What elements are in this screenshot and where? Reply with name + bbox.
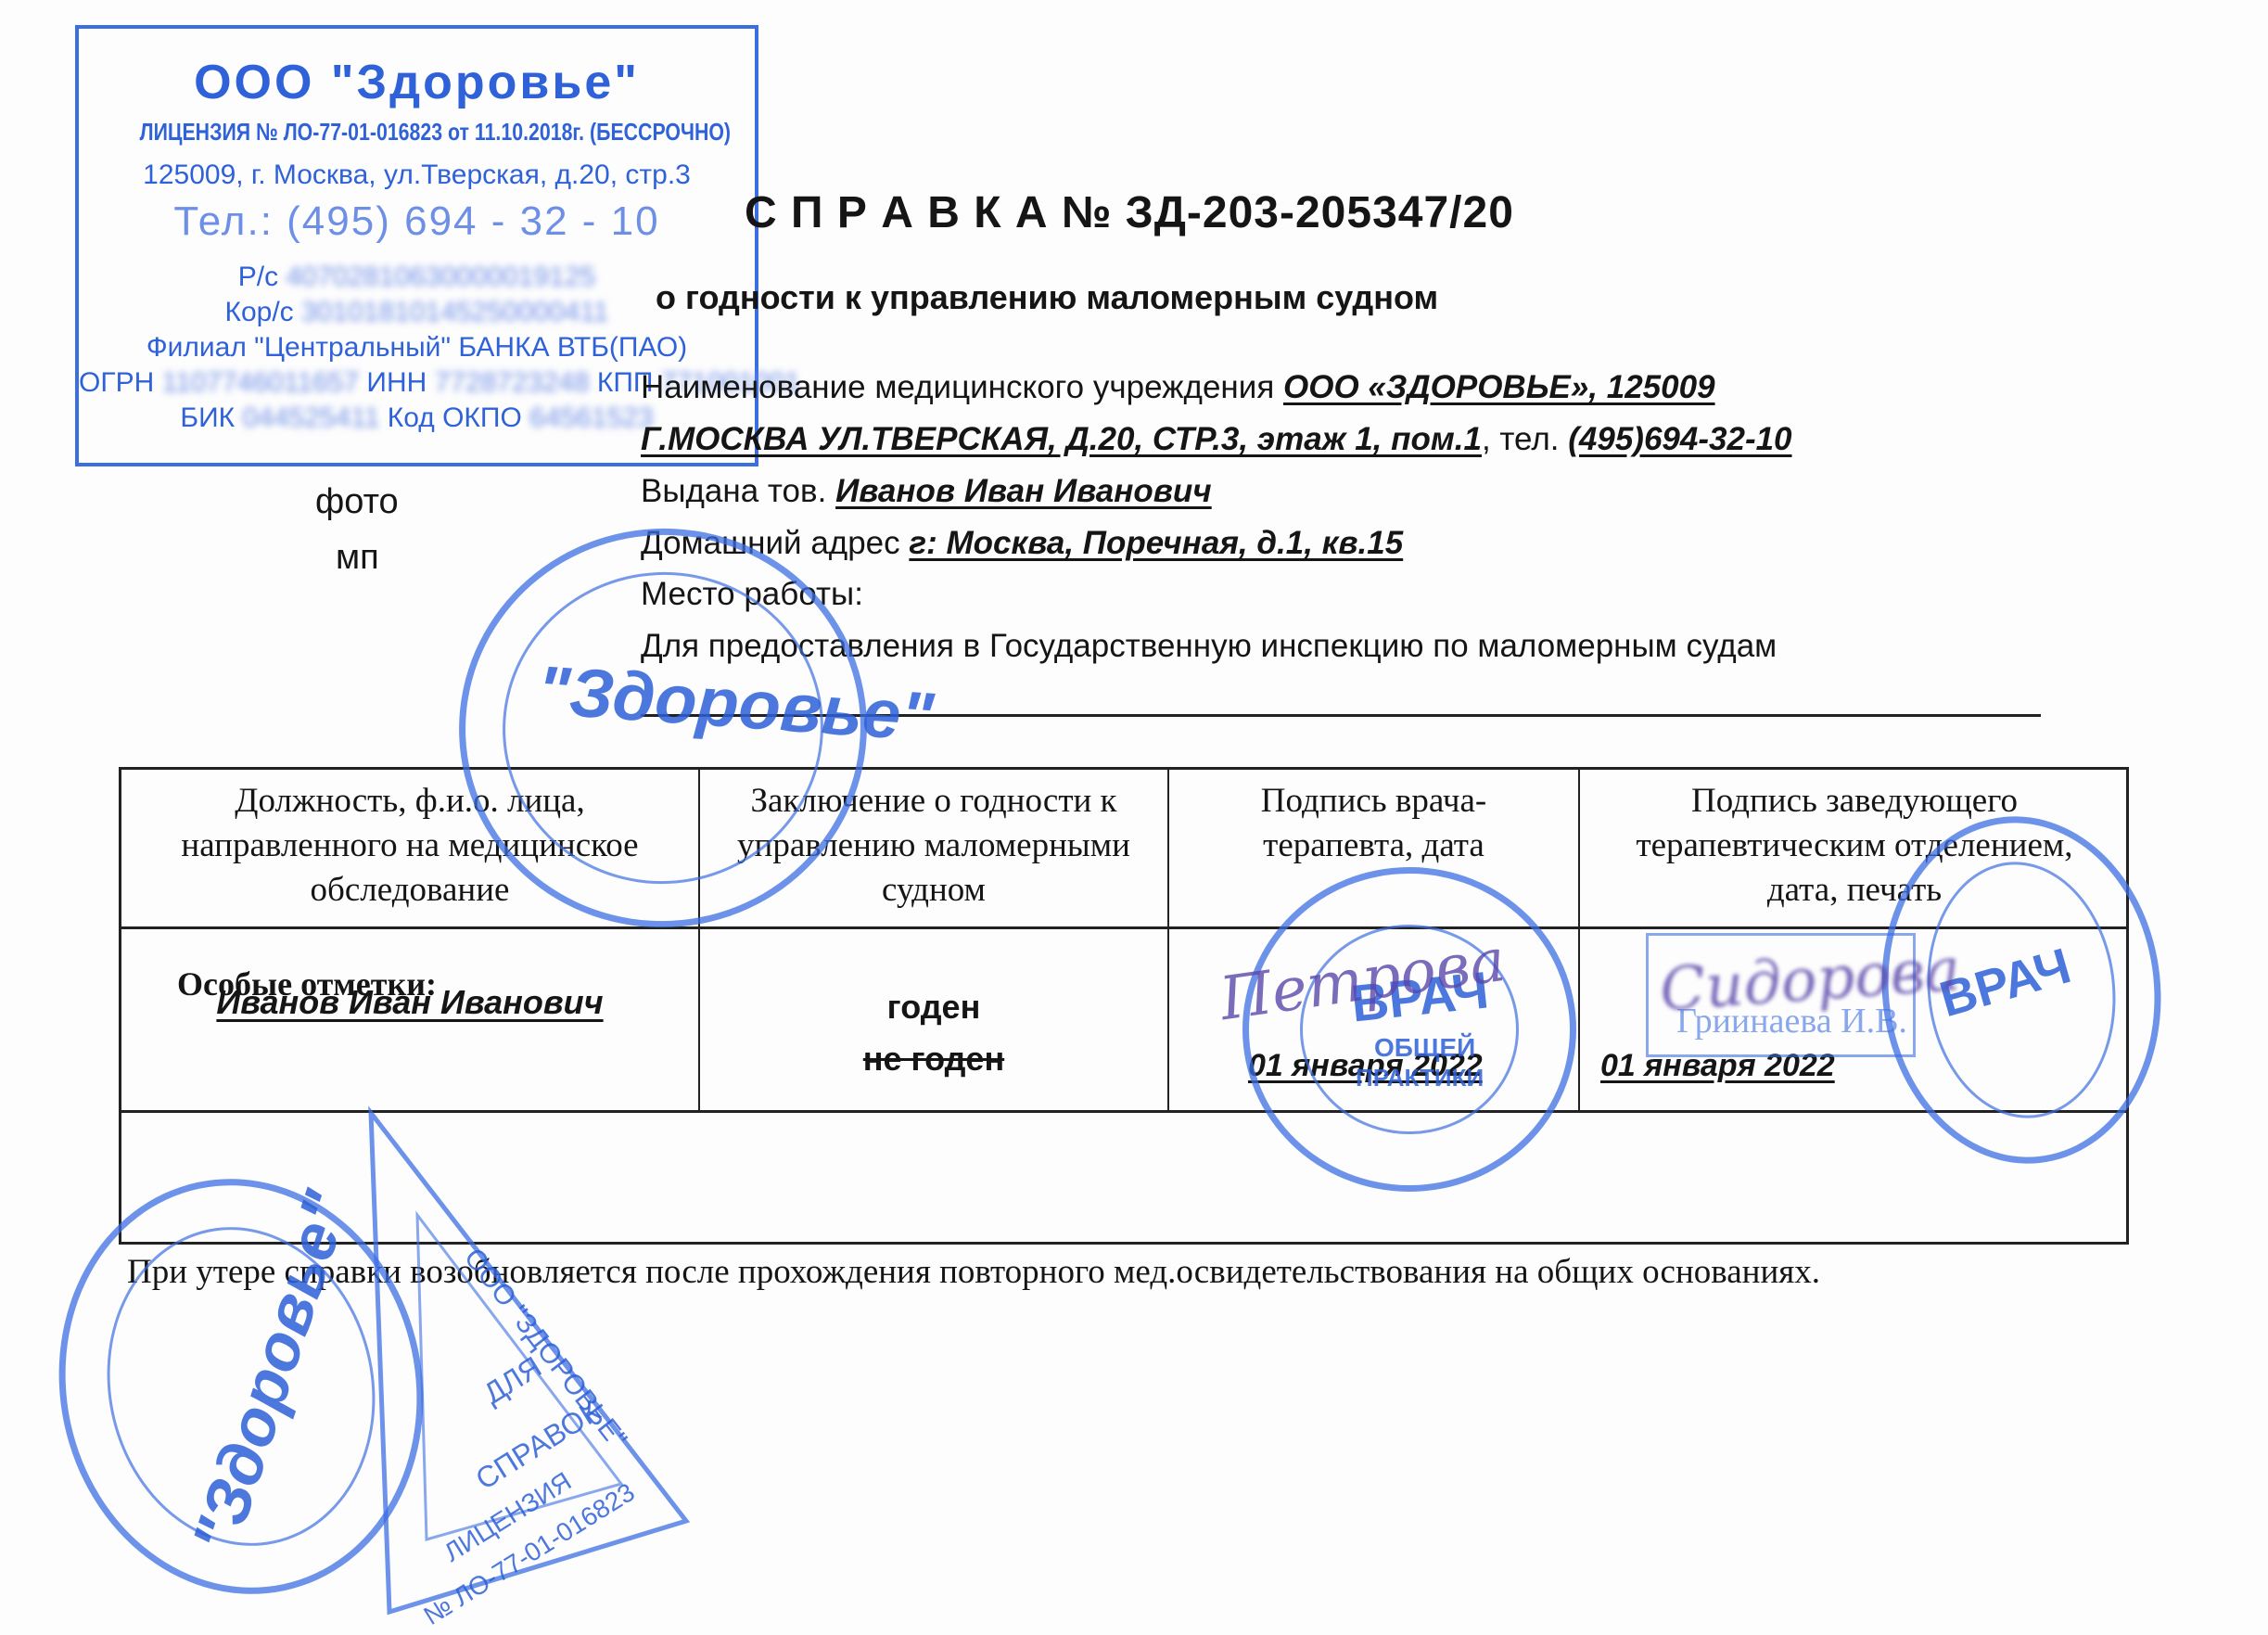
- stamp-bik-value: 044525411: [242, 402, 379, 434]
- stamp-account-row: Р/с 40702810630000019125: [79, 262, 755, 293]
- institution-line-2: Г.МОСКВА УЛ.ТВЕРСКАЯ, Д.20, СТР.3, этаж …: [641, 421, 1792, 458]
- stamp-inn-label: ИНН: [366, 367, 427, 398]
- row-divider: [121, 926, 2126, 929]
- stamp-ogrn-value: 1107746011657: [162, 367, 359, 399]
- stamp-inn-value: 7728723248: [435, 367, 590, 399]
- certificate-subtitle: о годности к управлению маломерным судно…: [656, 278, 1438, 317]
- conclusion-fit: годен: [700, 981, 1167, 1033]
- institution-line: Наименование медицинского учреждения ООО…: [641, 369, 1715, 406]
- stamp-okpo-label: Код ОКПО: [388, 402, 522, 433]
- issued-label: Выдана тов.: [641, 473, 826, 509]
- doctor-stamp-sub1: ОБЩЕЙ: [1374, 1033, 1475, 1063]
- stamp-address: 125009, г. Москва, ул.Тверская, д.20, ст…: [79, 160, 755, 191]
- stamp-license: ЛИЦЕНЗИЯ № ЛО-77-01-016823 от 11.10.2018…: [140, 118, 694, 147]
- phone-value: (495)694-32-10: [1568, 421, 1791, 457]
- issued-value: Иванов Иван Иванович: [835, 473, 1212, 509]
- stamp-okpo-value: 64561523: [529, 402, 653, 434]
- stamp-ogrn-label: ОГРН: [79, 367, 154, 398]
- conclusion-unfit-struck: не годен: [700, 1033, 1167, 1085]
- stamp-account-label: Р/с: [238, 262, 278, 292]
- stamp-org-name: ООО "Здоровье": [79, 55, 755, 110]
- doctor-stamp-sub2: ПРАКТИКИ: [1356, 1064, 1484, 1092]
- special-marks-label: Особые отметки:: [177, 964, 437, 1003]
- stamp-corr-value: 30101810145250000411: [301, 297, 608, 328]
- phone-label: , тел.: [1482, 421, 1560, 457]
- doctor-stamp: ВРАЧ ОБЩЕЙ ПРАКТИКИ: [1242, 867, 1576, 1192]
- stamp-bank: Филиал "Центральный" БАНКА ВТБ(ПАО): [79, 332, 755, 364]
- seal-placeholder-label: мп: [336, 538, 379, 578]
- home-value: г: Москва, Поречная, д.1, кв.15: [909, 525, 1403, 561]
- institution-label: Наименование медицинского учреждения: [641, 369, 1274, 405]
- stamp-bik-label: БИК: [180, 402, 235, 433]
- stamp-corr-row: Кор/с 30101810145250000411: [79, 297, 755, 328]
- header-doctor-signature: Подпись врача-терапевта, дата: [1169, 779, 1578, 868]
- institution-value-2: Г.МОСКВА УЛ.ТВЕРСКАЯ, Д.20, СТР.3, этаж …: [641, 421, 1482, 457]
- photo-placeholder-label: фото: [315, 482, 399, 522]
- stamp-phone: Тел.: (495) 694 - 32 - 10: [79, 198, 755, 245]
- stamp-corr-label: Кор/с: [225, 297, 294, 327]
- issued-line: Выдана тов. Иванов Иван Иванович: [641, 473, 1212, 510]
- cell-conclusion: годен не годен: [700, 981, 1167, 1085]
- certificate-title: С П Р А В К А № ЗД-203-205347/20: [745, 187, 1514, 238]
- institution-value-1: ООО «ЗДОРОВЬЕ», 125009: [1283, 369, 1715, 405]
- stamp-account-value: 40702810630000019125: [287, 262, 596, 293]
